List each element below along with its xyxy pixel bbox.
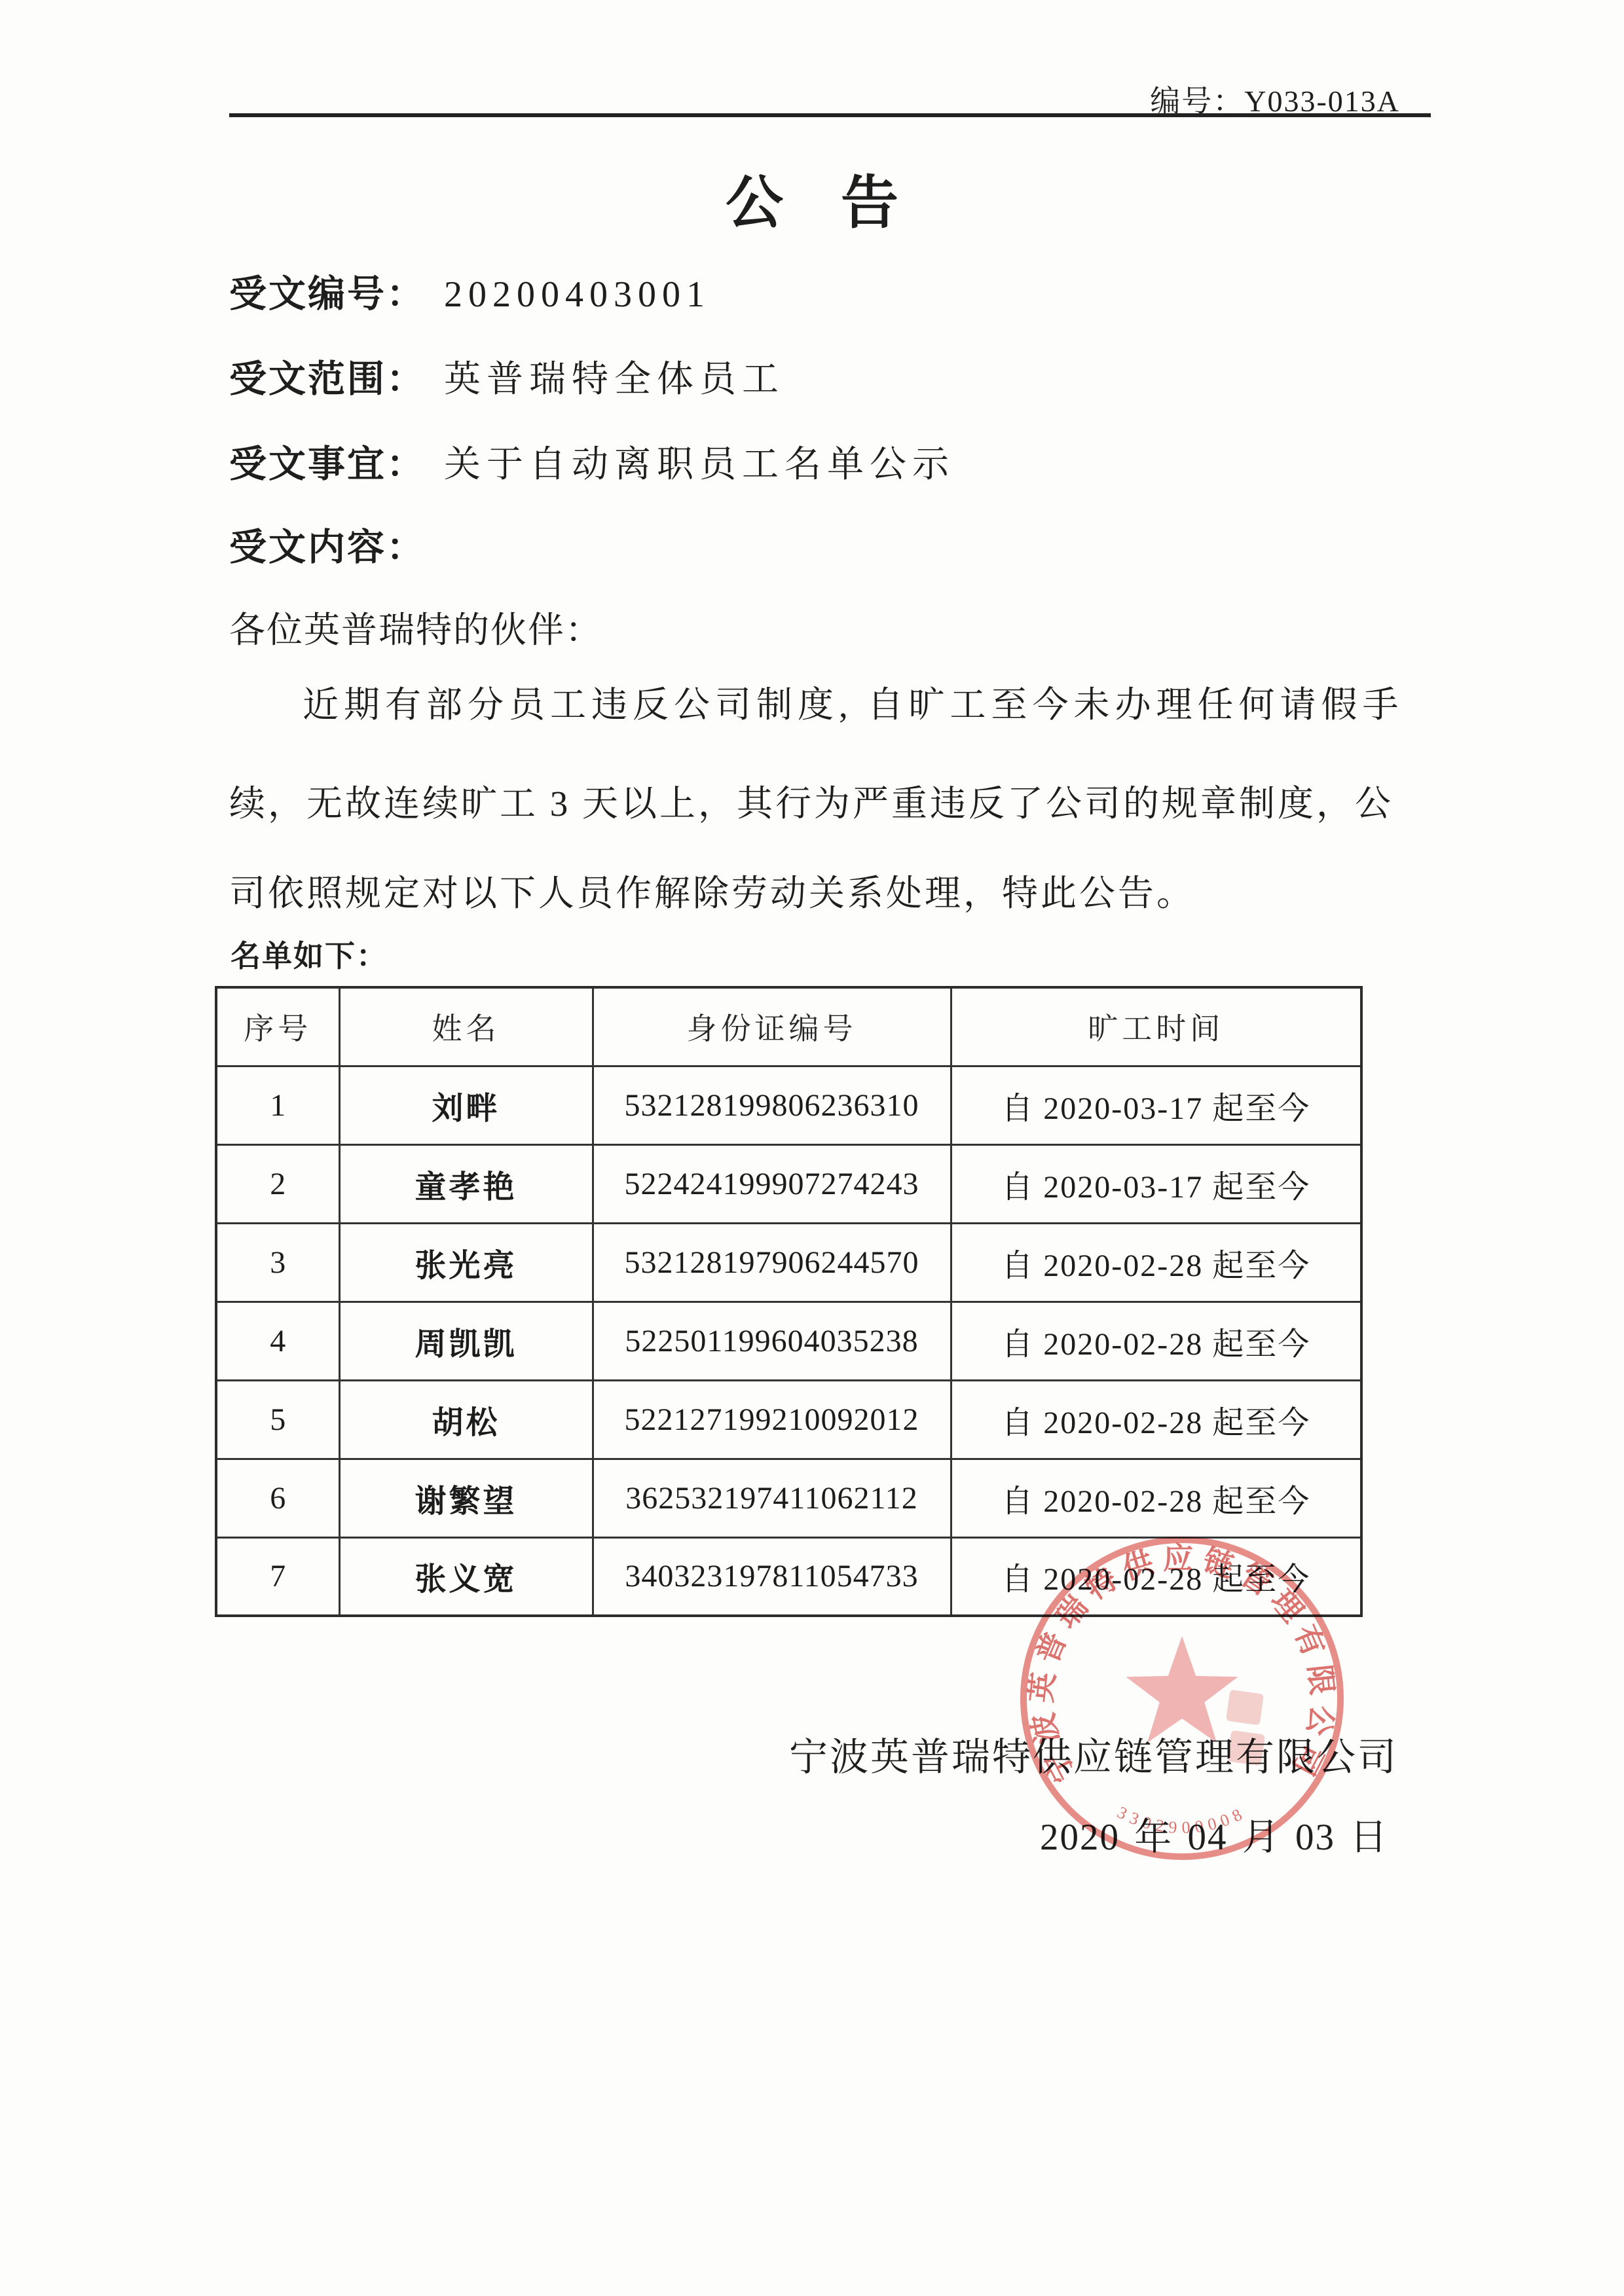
cell-seq: 1 — [216, 1066, 339, 1144]
cell-seq: 3 — [216, 1223, 339, 1302]
cell-period: 自 2020-02-28 起至今 — [951, 1459, 1361, 1537]
salutation: 各位英普瑞特的伙伴： — [229, 601, 602, 653]
cell-seq: 5 — [216, 1380, 339, 1459]
signature-company: 宁波英普瑞特供应链管理有限公司 — [789, 1726, 1398, 1781]
cell-name: 胡松 — [339, 1380, 593, 1459]
cell-name: 谢繁望 — [339, 1459, 593, 1537]
cell-period: 自 2020-02-28 起至今 — [951, 1537, 1361, 1616]
cell-id: 362532197411062112 — [593, 1459, 951, 1537]
field-content-label: 受文内容： — [229, 526, 426, 568]
body-line-3: 司依照规定对以下人员作解除劳动关系处理，特此公告。 — [229, 864, 1195, 916]
field-subject-label: 受文事宜： — [229, 443, 426, 485]
field-subject: 受文事宜：关于自动离职员工名单公示 — [229, 434, 955, 488]
field-scope-value: 英普瑞特全体员工 — [444, 359, 784, 400]
roster-table: 序号姓名身份证编号旷工时间 1刘畔532128199806236310自 202… — [215, 986, 1363, 1617]
cell-name: 张义宽 — [339, 1537, 593, 1616]
cell-id: 522501199604035238 — [593, 1302, 951, 1380]
cell-id: 340323197811054733 — [593, 1537, 951, 1616]
cell-period: 自 2020-03-17 起至今 — [951, 1144, 1361, 1223]
cell-seq: 4 — [216, 1302, 339, 1380]
column-header-0: 序号 — [216, 987, 339, 1066]
scanned-announcement-document: 编号：Y033-013A 公 告 受文编号：20200403001 受文范围：英… — [0, 0, 1624, 2296]
field-doc-id-label: 受文编号： — [229, 273, 426, 315]
cell-seq: 2 — [216, 1144, 339, 1223]
column-header-1: 姓名 — [339, 987, 593, 1066]
cell-id: 532128199806236310 — [593, 1066, 951, 1144]
table-row: 2童孝艳522424199907274243自 2020-03-17 起至今 — [216, 1144, 1361, 1223]
cell-seq: 6 — [216, 1459, 339, 1537]
field-content: 受文内容： — [229, 517, 444, 571]
field-scope-label: 受文范围： — [229, 358, 426, 400]
cell-name: 刘畔 — [339, 1066, 593, 1144]
cell-period: 自 2020-02-28 起至今 — [951, 1380, 1361, 1459]
field-doc-id: 受文编号：20200403001 — [229, 264, 710, 318]
cell-id: 532128197906244570 — [593, 1223, 951, 1302]
page-title: 公 告 — [0, 157, 1624, 240]
body-line-1: 近期有部分员工违反公司制度, 自旷工至今未办理任何请假手 — [303, 676, 1404, 727]
field-subject-value: 关于自动离职员工名单公示 — [444, 445, 955, 485]
cell-period: 自 2020-02-28 起至今 — [951, 1302, 1361, 1380]
cell-id: 522127199210092012 — [593, 1380, 951, 1459]
column-header-3: 旷工时间 — [951, 987, 1361, 1066]
table-row: 5胡松522127199210092012自 2020-02-28 起至今 — [216, 1380, 1361, 1459]
table-row: 3张光亮532128197906244570自 2020-02-28 起至今 — [216, 1223, 1361, 1302]
roster-header-row: 序号姓名身份证编号旷工时间 — [216, 987, 1361, 1066]
body-line-2: 续，无故连续旷工 3 天以上，其行为严重违反了公司的规章制度，公 — [229, 774, 1393, 826]
cell-seq: 7 — [216, 1537, 339, 1616]
table-row: 4周凯凯522501199604035238自 2020-02-28 起至今 — [216, 1302, 1361, 1380]
roster-rows: 1刘畔532128199806236310自 2020-03-17 起至今2童孝… — [216, 1066, 1361, 1616]
table-row: 6谢繁望362532197411062112自 2020-02-28 起至今 — [216, 1459, 1361, 1537]
field-doc-id-value: 20200403001 — [444, 274, 710, 315]
cell-name: 张光亮 — [339, 1223, 593, 1302]
cell-name: 童孝艳 — [339, 1144, 593, 1223]
cell-id: 522424199907274243 — [593, 1144, 951, 1223]
column-header-2: 身份证编号 — [593, 987, 951, 1066]
table-row: 1刘畔532128199806236310自 2020-03-17 起至今 — [216, 1066, 1361, 1144]
table-row: 7张义宽340323197811054733自 2020-02-28 起至今 — [216, 1537, 1361, 1616]
list-intro: 名单如下： — [231, 932, 388, 975]
cell-period: 自 2020-02-28 起至今 — [951, 1223, 1361, 1302]
cell-period: 自 2020-03-17 起至今 — [951, 1066, 1361, 1144]
field-scope: 受文范围：英普瑞特全体员工 — [229, 349, 784, 403]
cell-name: 周凯凯 — [339, 1302, 593, 1380]
header-rule — [229, 113, 1431, 117]
signature-date: 2020 年 04 月 03 日 — [1040, 1807, 1388, 1861]
